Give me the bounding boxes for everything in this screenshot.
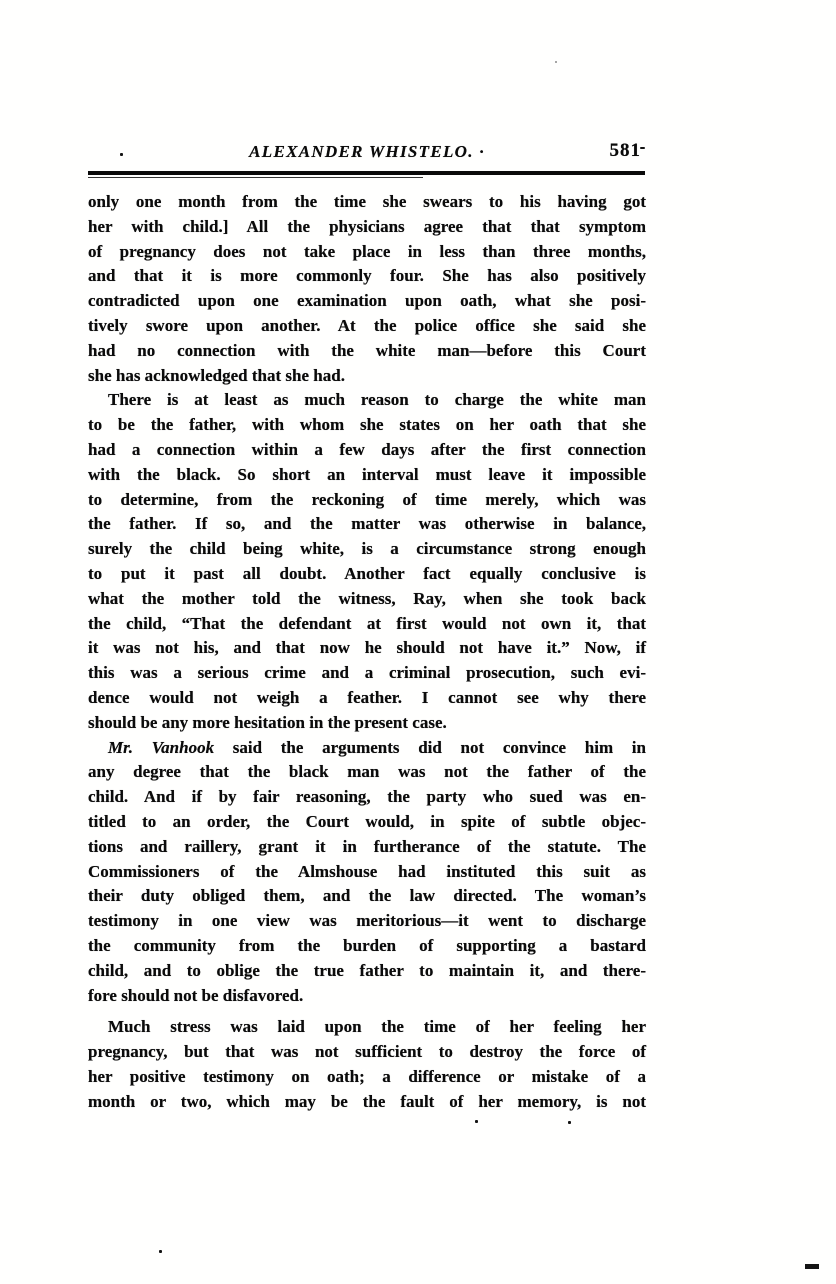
text-line: to be the father, with whom she states o…: [88, 413, 646, 438]
text-line: month or two, which may be the fault of …: [88, 1090, 646, 1115]
scan-artifact-dot: [475, 1120, 478, 1123]
text-line: child. And if by fair reasoning, the par…: [88, 785, 646, 810]
running-head: ALEXANDER WHISTELO. · 581: [88, 142, 646, 170]
text-line: tions and raillery, grant it in furthera…: [88, 835, 646, 860]
page-number: 581: [610, 140, 642, 162]
paragraph: There is at least as much reason to char…: [88, 388, 646, 735]
text-line: pregnancy, but that was not sufficient t…: [88, 1040, 646, 1065]
speaker-name-italic: Mr. Vanhook: [108, 738, 214, 757]
scan-artifact-dot: [568, 1121, 571, 1124]
header-rule-echo: [88, 177, 423, 178]
text-line: it was not his, and that now he should n…: [88, 636, 646, 661]
text-line: testimony in one view was meritorious—it…: [88, 909, 646, 934]
scan-artifact-tick: [640, 147, 645, 149]
page-content: ALEXANDER WHISTELO. · 581 only one month…: [88, 142, 646, 170]
text-line: Mr. Vanhook said the arguments did not c…: [88, 736, 646, 761]
text-line: had a connection within a few days after…: [88, 438, 646, 463]
text-line: her positive testimony on oath; a differ…: [88, 1065, 646, 1090]
text-line: Commissioners of the Almshouse had insti…: [88, 860, 646, 885]
text-line: and that it is more commonly four. She h…: [88, 264, 646, 289]
scan-artifact-dash: [805, 1264, 819, 1269]
text-line: tively swore upon another. At the police…: [88, 314, 646, 339]
text-line: their duty obliged them, and the law dir…: [88, 884, 646, 909]
paragraph: Much stress was laid upon the time of he…: [88, 1015, 646, 1114]
paragraph: Mr. Vanhook said the arguments did not c…: [88, 736, 646, 1009]
text-line: contradicted upon one examination upon o…: [88, 289, 646, 314]
text-line: to determine, from the reckoning of time…: [88, 488, 646, 513]
text-line: any degree that the black man was not th…: [88, 760, 646, 785]
text-line: she has acknowledged that she had.: [88, 364, 646, 389]
text-line: titled to an order, the Court would, in …: [88, 810, 646, 835]
text-line: had no connection with the white man—bef…: [88, 339, 646, 364]
text-line: of pregnancy does not take place in less…: [88, 240, 646, 265]
text-line: the father. If so, and the matter was ot…: [88, 512, 646, 537]
text-line: fore should not be disfavored.: [88, 984, 646, 1009]
text-line: the community from the burden of support…: [88, 934, 646, 959]
text-line: should be any more hesitation in the pre…: [88, 711, 646, 736]
text-line: to put it past all doubt. Another fact e…: [88, 562, 646, 587]
text-line: what the mother told the witness, Ray, w…: [88, 587, 646, 612]
text-line: this was a serious crime and a criminal …: [88, 661, 646, 686]
text-line: with the black. So short an interval mus…: [88, 463, 646, 488]
scan-artifact-dot: [159, 1250, 162, 1253]
scan-artifact-dot: [120, 153, 123, 156]
book-page: ALEXANDER WHISTELO. · 581 only one month…: [0, 0, 836, 1284]
text-line: Much stress was laid upon the time of he…: [88, 1015, 646, 1040]
text-line: There is at least as much reason to char…: [88, 388, 646, 413]
scan-artifact-dot: [555, 61, 557, 63]
text-line: only one month from the time she swears …: [88, 190, 646, 215]
page-body: only one month from the time she swears …: [88, 190, 646, 1114]
page-title: ALEXANDER WHISTELO. ·: [249, 142, 485, 162]
text-line: dence would not weigh a feather. I canno…: [88, 686, 646, 711]
text-line: child, and to oblige the true father to …: [88, 959, 646, 984]
paragraph: only one month from the time she swears …: [88, 190, 646, 388]
text-line: surely the child being white, is a circu…: [88, 537, 646, 562]
text-line: her with child.] All the physicians agre…: [88, 215, 646, 240]
header-rule: [88, 171, 645, 175]
text-line: the child, “That the defendant at first …: [88, 612, 646, 637]
